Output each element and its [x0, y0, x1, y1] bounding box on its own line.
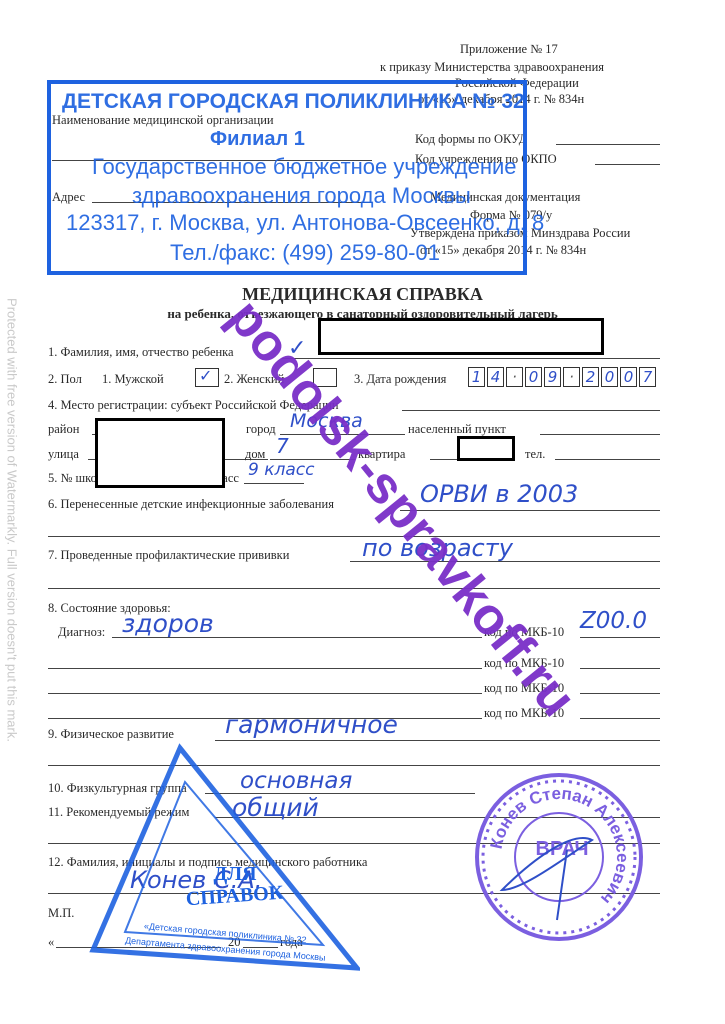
clinic-stamp-line4: здравоохранения города Москвы: [132, 183, 471, 209]
birth-date-cell[interactable]: ·: [506, 367, 523, 387]
side-watermark: Protected with free version of Watermark…: [5, 298, 20, 742]
document-title: МЕДИЦИНСКАЯ СПРАВКА: [0, 284, 725, 305]
child-name-field[interactable]: [282, 358, 660, 359]
field-2-label: 2. Пол: [48, 372, 82, 386]
city-label: город: [246, 422, 276, 436]
infections-handwriting: ОРВИ в 2003: [420, 480, 578, 508]
field-3-label: 3. Дата рождения: [354, 372, 446, 386]
settlement-field[interactable]: [540, 434, 660, 435]
clinic-stamp-line2: Филиал 1: [210, 128, 305, 151]
icd-field-3[interactable]: [580, 693, 660, 694]
icd-handwriting: Z00.0: [580, 608, 647, 634]
phone-field[interactable]: [555, 459, 660, 460]
diagnosis-field-2[interactable]: [48, 668, 482, 669]
order-line-1: к приказу Министерства здравоохранения: [380, 60, 604, 74]
triangle-stamp: ДЛЯ СПРАВОК «Детская городская поликлини…: [85, 740, 360, 980]
okud-line: [556, 144, 660, 145]
birth-date-cell[interactable]: 0: [601, 367, 618, 387]
field-1-label: 1. Фамилия, имя, отчество ребенка: [48, 345, 234, 359]
diagnosis-label: Диагноз:: [58, 625, 105, 639]
appendix-text: Приложение № 17: [460, 42, 558, 56]
clinic-stamp-line5: 123317, г. Москва, ул. Антонова-Овсеенко…: [66, 210, 544, 236]
doctor-stamp: Конев Степан Алексеевич ВРАЧ: [472, 770, 647, 945]
gender-male-label: 1. Мужской: [102, 372, 164, 386]
house-handwriting: 7: [276, 434, 289, 458]
icd-field-4[interactable]: [580, 718, 660, 719]
field-6-label: 6. Перенесенные детские инфекционные заб…: [48, 497, 334, 511]
field-9-label: 9. Физическое развитие: [48, 727, 174, 741]
region-field[interactable]: [402, 410, 660, 411]
doctor-stamp-center: ВРАЧ: [536, 838, 589, 860]
birth-date-cell[interactable]: 4: [487, 367, 504, 387]
settlement-label: населенный пункт: [408, 422, 506, 436]
house-label: дом: [245, 447, 265, 461]
date-open-quote: «: [48, 935, 54, 949]
clinic-stamp-line3: Государственное бюджетное учреждение: [92, 154, 517, 180]
stamp-place-label: М.П.: [48, 906, 74, 920]
icd-field-2[interactable]: [580, 668, 660, 669]
birth-date-cell[interactable]: 0: [525, 367, 542, 387]
class-handwriting: 9 класс: [248, 460, 314, 480]
clinic-stamp-line6: Тел./факс: (499) 259-80-01: [170, 240, 440, 266]
physical-dev-handwriting: гармоничное: [225, 710, 398, 739]
clinic-stamp-line1: ДЕТСКАЯ ГОРОДСКАЯ ПОЛИКЛИНИКА № 32: [62, 90, 525, 114]
icd-field-1[interactable]: [580, 637, 660, 638]
triangle-stamp-bottom: СПРАВОК: [185, 882, 284, 911]
redaction-apartment: [457, 436, 515, 461]
okpo-line: [595, 164, 660, 165]
diagnosis-handwriting: здоров: [122, 609, 214, 638]
gender-male-checkmark: ✓: [199, 366, 212, 385]
vaccinations-field-line2[interactable]: [48, 588, 660, 589]
birth-date-cell[interactable]: ·: [563, 367, 580, 387]
infections-field-line2[interactable]: [48, 536, 660, 537]
class-field[interactable]: [244, 483, 304, 484]
field-7-label: 7. Проведенные профилактические прививки: [48, 548, 289, 562]
birth-date-cell[interactable]: 9: [544, 367, 561, 387]
redaction-street-school: [95, 418, 225, 488]
redaction-child-name: [318, 318, 604, 355]
birth-date-cell[interactable]: 0: [620, 367, 637, 387]
diagnosis-field-3[interactable]: [48, 693, 482, 694]
district-label: район: [48, 422, 79, 436]
birth-date-cell[interactable]: 1: [468, 367, 485, 387]
phone-label: тел.: [525, 447, 545, 461]
triangle-stamp-top: ДЛЯ: [213, 863, 257, 885]
birth-date-cell[interactable]: 7: [639, 367, 656, 387]
street-label: улица: [48, 447, 79, 461]
birth-date-cell[interactable]: 2: [582, 367, 599, 387]
